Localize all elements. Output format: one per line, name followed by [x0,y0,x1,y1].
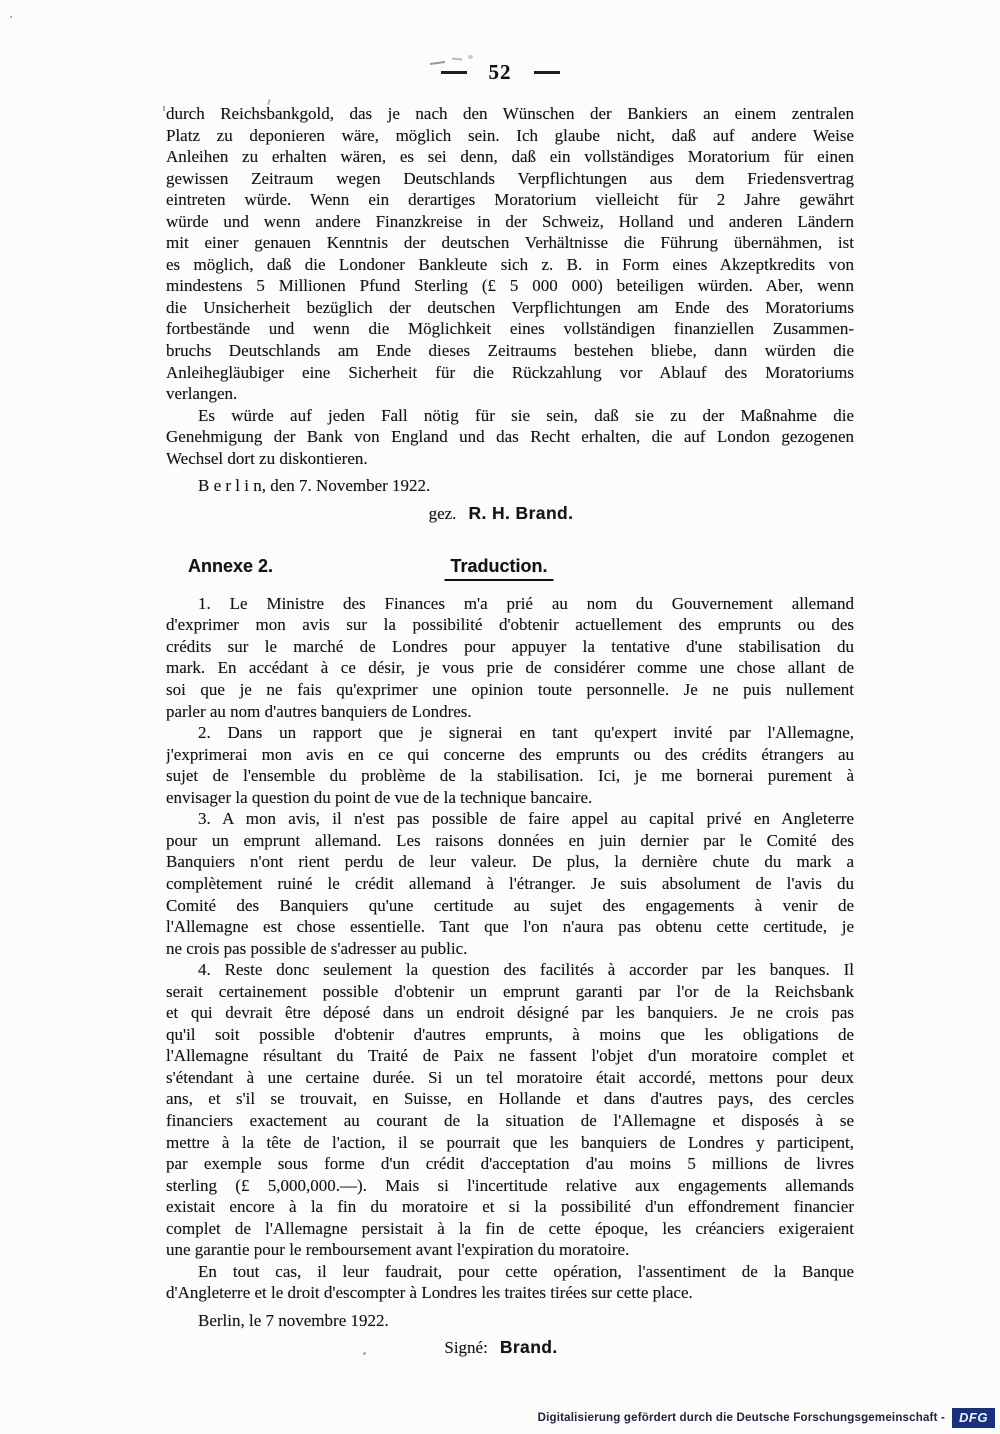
text-line: serait certainement possible d'obtenir u… [166,981,854,1003]
text-line: pour un emprunt allemand. Les raisons do… [166,830,854,852]
dfg-logo: DFG [952,1408,995,1428]
text-line: financiers exactement au courant de la s… [166,1110,854,1132]
text-line: envisager la question du point de vue de… [166,787,854,809]
text-line: Banquiers n'ont rient perdu de leur vale… [166,851,854,873]
text-line: soi que je ne fais qu'exprimer une opini… [166,679,854,701]
french-signature-line: Signé:Brand. [157,1337,845,1360]
signature-name: R. H. Brand. [468,503,573,523]
text-line: Wechsel dort zu diskontieren. [166,448,854,470]
signature-prefix: Signé: [444,1338,487,1357]
text-line: j'exprimerai mon avis en ce qui concerne… [166,744,854,766]
text-line: En tout cas, il leur faudrait, pour cett… [166,1261,854,1283]
text-line: l'Allemagne est chose essentielle. Tant … [166,916,854,938]
text-line: mindestens 5 Millionen Pfund Sterling (£… [166,275,854,297]
scan-smudge [163,106,165,111]
footer: Digitalisierung gefördert durch die Deut… [538,1408,995,1428]
german-section: durch Reichsbankgold, das je nach den Wü… [166,103,854,526]
paragraph: 4. Reste donc seulement la question des … [166,959,854,1261]
paragraph: En tout cas, il leur faudrait, pour cett… [166,1261,854,1304]
text-line: Anleihen zu erhalten wären, es sei denn,… [166,146,854,168]
text-line: die Unsicherheit bezüglich der deutschen… [166,297,854,319]
text-line: d'Angleterre et le droit d'escompter à L… [166,1282,854,1304]
text-line: bruchs Deutschlands am Ende dieses Zeitr… [166,340,854,362]
german-dateline: B e r l i n, den 7. November 1922. [166,475,854,497]
text-line: mettre à la tête de l'action, il se pour… [166,1132,854,1154]
text-line: 2. Dans un rapport que je signerai en ta… [166,722,854,744]
text-line: eintreten würde. Wenn ein derartiges Mor… [166,189,854,211]
page-number: 52 [489,60,512,85]
text-line: une garantie pour le remboursement avant… [166,1239,854,1261]
french-paragraphs: 1. Le Ministre des Finances m'a prié au … [166,593,854,1304]
text-line: s'étendant à une certaine durée. Si un t… [166,1067,854,1089]
text-line: würde und wenn andere Finanzkreise in de… [166,211,854,233]
annex-label: Annexe 2. [188,556,273,578]
text-line: existait encore à la fin du moratoire et… [166,1196,854,1218]
text-line: d'exprimer mon avis sur la possibilité d… [166,614,854,636]
paragraph: 3. A mon avis, il n'est pas possible de … [166,808,854,959]
paragraph: Es würde auf jeden Fall nötig für sie se… [166,405,854,470]
text-line: mark. En accédant à ce désir, je vous pr… [166,657,854,679]
text-line: Comité des Banquiers qu'une certitude au… [166,895,854,917]
page-header: 52 [0,60,1000,85]
text-line: 3. A mon avis, il n'est pas possible de … [166,808,854,830]
text-line: fortbestände und wenn die Möglichkeit ei… [166,318,854,340]
header-dash-left [441,71,467,74]
signature-prefix: gez. [429,504,457,523]
text-line: ans, et s'il se trouvait, en Suisse, en … [166,1088,854,1110]
header-dash-right [534,71,560,74]
text-block: durch Reichsbankgold, das je nach den Wü… [166,103,854,1360]
footer-credit: Digitalisierung gefördert durch die Deut… [538,1412,945,1424]
text-line: ne crois pas possible de s'adresser au p… [166,938,854,960]
french-section: 1. Le Ministre des Finances m'a prié au … [166,593,854,1361]
scan-smudge [363,1352,366,1355]
paragraph: 1. Le Ministre des Finances m'a prié au … [166,593,854,722]
text-line: parler au nom d'autres banquiers de Lond… [166,701,854,723]
text-line: sterling (£ 5,000,000.—). Mais si l'ince… [166,1175,854,1197]
text-line: complet de l'Allemagne persistait à la f… [166,1218,854,1240]
text-line: Genehmigung der Bank von England und das… [166,426,854,448]
german-signature-line: gez.R. H. Brand. [157,503,845,526]
text-line: Platz zu deponieren wäre, möglich sein. … [166,125,854,147]
scanned-document-page: 52 durch Reichsbankgold, das je nach den… [0,0,1000,1434]
annex-heading: Annexe 2. Traduction. [166,556,854,580]
text-line: complètement ruiné le crédit allemand à … [166,873,854,895]
text-line: Es würde auf jeden Fall nötig für sie se… [166,405,854,427]
text-line: Anleihegläubiger eine Sicherheit für die… [166,362,854,384]
paragraph: 2. Dans un rapport que je signerai en ta… [166,722,854,808]
paragraph: durch Reichsbankgold, das je nach den Wü… [166,103,854,405]
text-line: sujet de l'ensemble du problème de la st… [166,765,854,787]
text-line: 1. Le Ministre des Finances m'a prié au … [166,593,854,615]
text-line: 4. Reste donc seulement la question des … [166,959,854,981]
text-line: qu'il soit possible d'obtenir d'autres e… [166,1024,854,1046]
scan-smudge [10,16,12,18]
german-paragraphs: durch Reichsbankgold, das je nach den Wü… [166,103,854,469]
text-line: l'Allemagne résultant du Traité de Paix … [166,1045,854,1067]
text-line: gewissen Zeitraum wegen Deutschlands Ver… [166,168,854,190]
traduction-title: Traduction. [444,556,553,582]
text-line: par exemple sous forme d'un crédit d'acc… [166,1153,854,1175]
text-line: durch Reichsbankgold, das je nach den Wü… [166,103,854,125]
text-line: mit einer genauen Kenntnis der deutschen… [166,232,854,254]
scan-smudge [468,55,473,59]
text-line: crédits sur le marché de Londres pour ap… [166,636,854,658]
text-line: es möglich, daß die Londoner Bankleute s… [166,254,854,276]
text-line: verlangen. [166,383,854,405]
text-line: et qui devrait être déposé dans un endro… [166,1002,854,1024]
french-dateline: Berlin, le 7 novembre 1922. [166,1310,854,1332]
signature-name: Brand. [500,1337,558,1357]
